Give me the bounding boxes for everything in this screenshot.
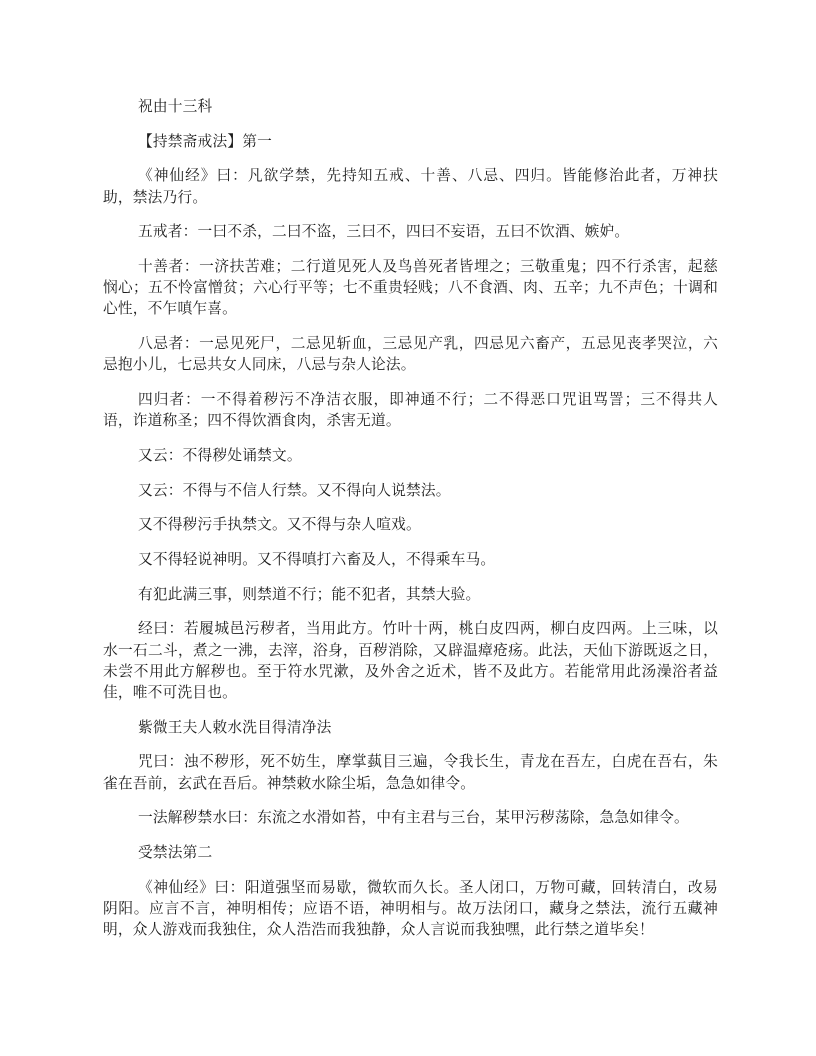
subsection-heading: 紫微王夫人敕水洗目得清净法 (103, 718, 718, 739)
body-paragraph: 咒曰：浊不秽形，死不妨生，摩掌蓺目三遍，令我长生，青龙在吾左，白虎在吾右，朱雀在… (103, 752, 718, 794)
body-paragraph: 经曰：若履城邑污秽者，当用此方。竹叶十两，桃白皮四两，柳白皮四两。上三味，以水一… (103, 619, 718, 704)
document-title: 祝由十三科 (103, 97, 718, 118)
body-paragraph: 又云：不得秽处诵禁文。 (103, 446, 718, 467)
body-paragraph: 十善者：一济扶苦难；二行道见死人及鸟兽死者皆埋之；三敬重鬼；四不行杀害，起慈悯心… (103, 257, 718, 321)
body-paragraph: 《神仙经》曰：凡欲学禁，先持知五戒、十善、八忌、四归。皆能修治此者，万神扶助，禁… (103, 166, 718, 208)
section-heading-2: 受禁法第二 (103, 843, 718, 864)
body-paragraph: 八忌者：一忌见死尸，二忌见斩血，三忌见产乳，四忌见六畜产，五忌见丧孝哭泣，六忌抱… (103, 334, 718, 376)
body-paragraph: 《神仙经》曰：阳道强坚而易歇，微软而久长。圣人闭口，万物可藏，回转清白，改易阴阳… (103, 878, 718, 942)
body-paragraph: 又云：不得与不信人行禁。又不得向人说禁法。 (103, 481, 718, 502)
body-paragraph: 五戒者：一曰不杀，二曰不盗，三曰不，四曰不妄语，五曰不饮酒、嫉妒。 (103, 222, 718, 243)
body-paragraph: 有犯此满三事，则禁道不行；能不犯者，其禁大验。 (103, 585, 718, 606)
body-paragraph: 又不得秽污手执禁文。又不得与杂人喧戏。 (103, 515, 718, 536)
document-page: 祝由十三科 【持禁斋戒法】第一 《神仙经》曰：凡欲学禁，先持知五戒、十善、八忌、… (0, 0, 816, 1056)
body-paragraph: 又不得轻说神明。又不得嗔打六畜及人，不得乘车马。 (103, 550, 718, 571)
body-paragraph: 四归者：一不得着秽污不净洁衣服，即神通不行；二不得恶口咒诅骂詈；三不得共人语，诈… (103, 390, 718, 432)
body-paragraph: 一法解秽禁水曰：东流之水滑如苔，中有主君与三台，某甲污秽荡除，急急如律令。 (103, 808, 718, 829)
section-heading-1: 【持禁斋戒法】第一 (103, 132, 718, 153)
